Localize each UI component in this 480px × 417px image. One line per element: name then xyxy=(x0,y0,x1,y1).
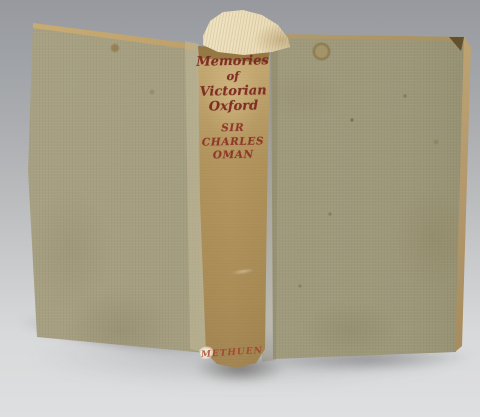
spine-title-line-1: Memories xyxy=(195,53,269,70)
spine-title-line-4: Oxford xyxy=(196,98,270,115)
spine-author-line-2: CHARLES xyxy=(196,135,270,150)
spine-title-line-3: Victorian xyxy=(196,83,270,100)
spine-author-line-3: OMAN xyxy=(196,148,270,163)
spine-title-line-2: of xyxy=(196,68,270,85)
front-cover-ring-stain xyxy=(311,42,332,61)
spine-title: Memories of Victorian Oxford xyxy=(195,53,270,115)
photo-backdrop: Memories of Victorian Oxford SIR CHARLES… xyxy=(0,0,480,417)
spine-author: SIR CHARLES OMAN xyxy=(196,121,271,163)
